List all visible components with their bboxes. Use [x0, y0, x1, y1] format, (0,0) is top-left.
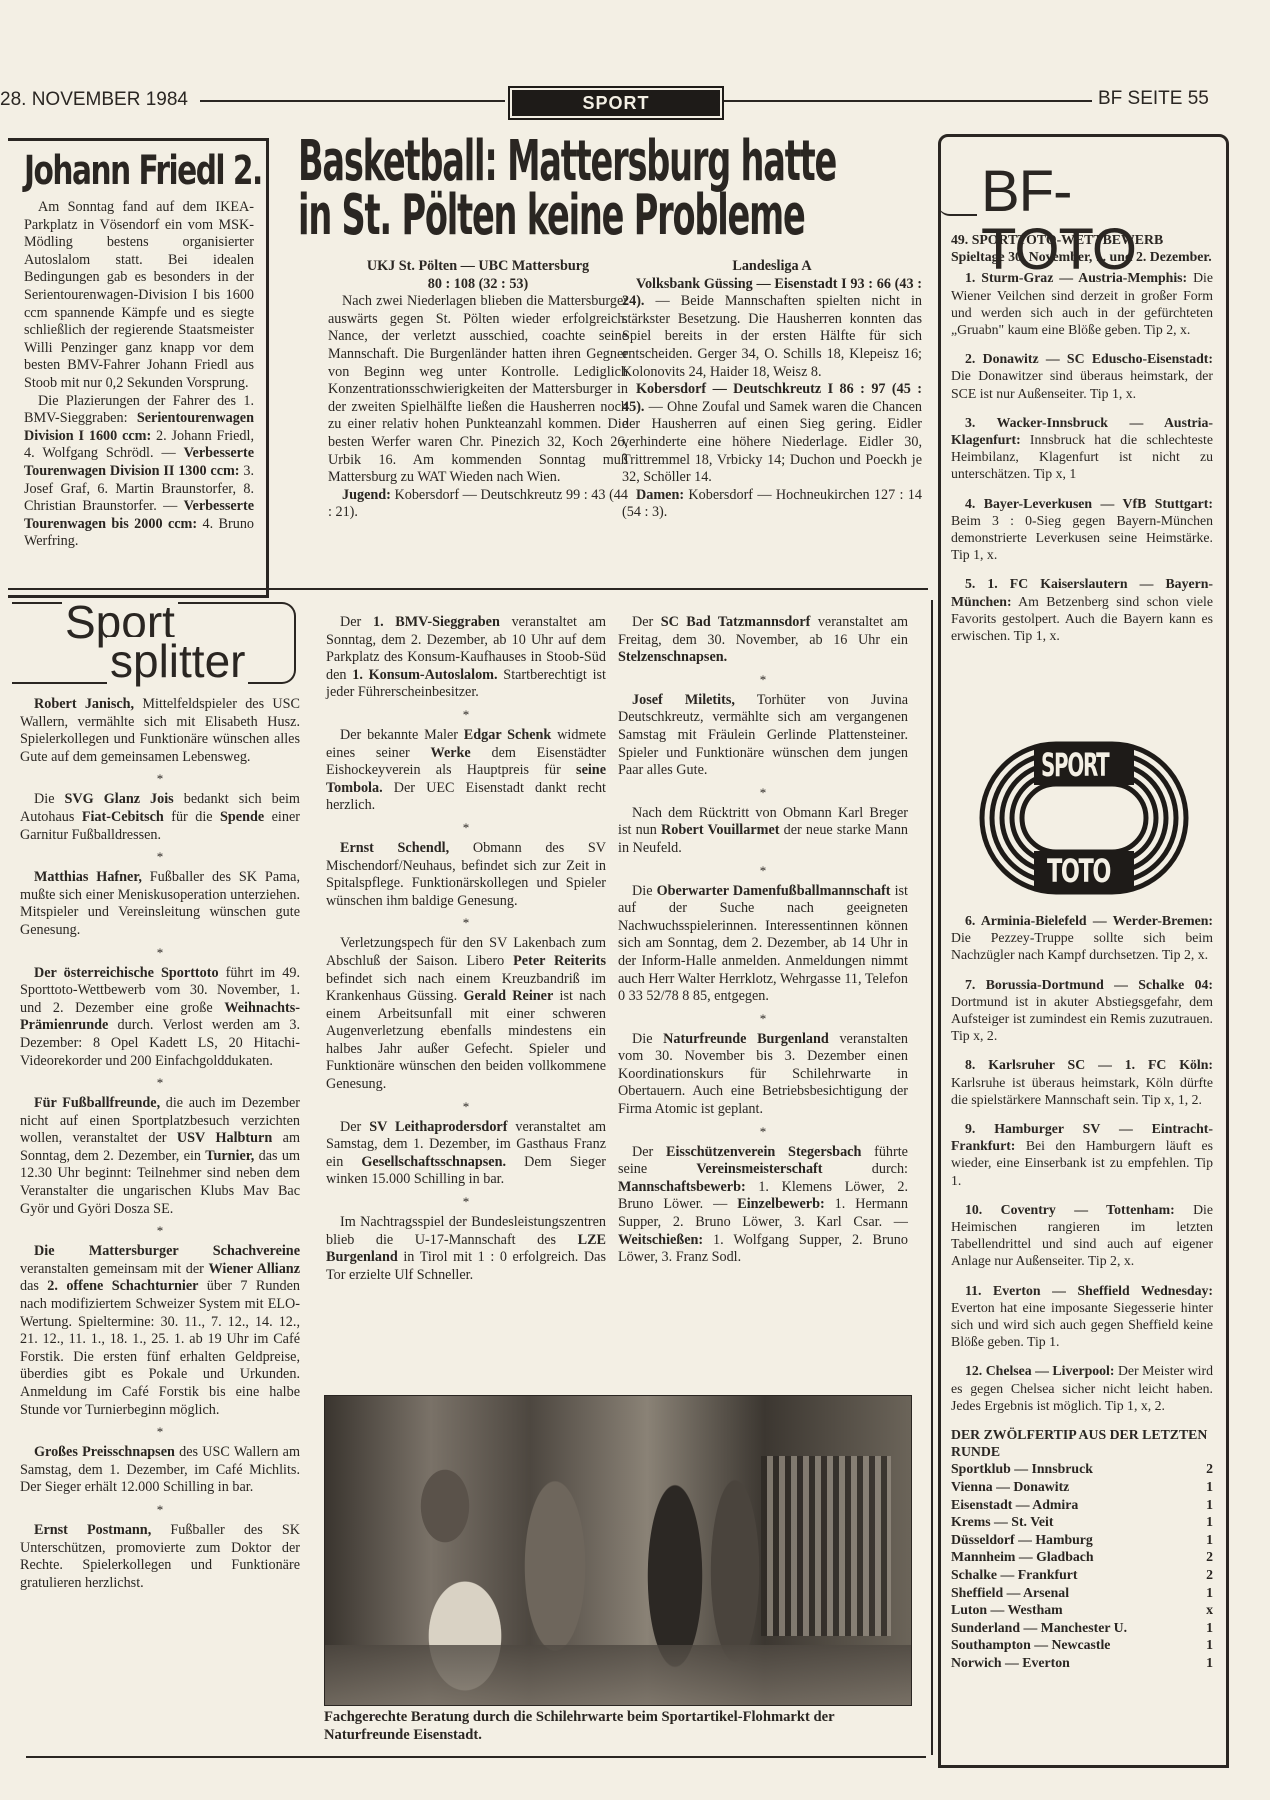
results-row: Sportklub — Innsbruck2 [951, 1460, 1213, 1478]
results-row: Düsseldorf — Hamburg1 [951, 1531, 1213, 1549]
photo-skis [761, 1456, 891, 1636]
toto-tip: 3. Wacker-Innsbruck — Austria-Klagenfurt… [951, 414, 1213, 483]
page-number: BF SEITE 55 [1098, 89, 1209, 109]
bold-text: SVG Glanz Jois [65, 791, 174, 807]
tip-match: 4. Bayer-Leverkusen — VfB Stuttgart: [965, 496, 1213, 511]
results-tip: 1 [1206, 1513, 1213, 1531]
header-rule-left [200, 100, 505, 102]
bold-text: SV Leithaprodersdorf [369, 1119, 507, 1135]
results-row: Norwich — Everton1 [951, 1654, 1213, 1672]
news-item: Der 1. BMV-Sieggraben veranstaltet am So… [326, 614, 606, 702]
bold-text: Der österreichische Sporttoto [34, 965, 219, 981]
bold-text: Mannschaftsbewerb: [618, 1179, 746, 1195]
section-badge: SPORT [508, 86, 724, 120]
toto-intro: 49. SPORTTOTO-WETTBEWERB Spieltage 30. N… [951, 231, 1213, 265]
bold-text: 1. BMV-Sieggraben [373, 614, 500, 630]
text: Der [340, 1119, 369, 1135]
tip-match: 11. Everton — Sheffield Wednesday: [965, 1283, 1213, 1298]
news-item: Ernst Schendl, Obmann des SV Mischendorf… [326, 840, 606, 910]
text: ist auf der Suche nach geeigneten Nachwu… [618, 883, 908, 1005]
logo-text-sport: SPORT [1041, 747, 1128, 783]
tip-text: Die Pezzey-Truppe sollte sich beim Nachz… [951, 930, 1213, 962]
splitter-col-3: Der SC Bad Tatzmannsdorf veranstaltet am… [618, 614, 908, 1267]
bold-text: Großes Preisschnapsen [34, 1444, 175, 1460]
tip-text: Karlsruhe ist überaus heimstark, Köln dü… [951, 1075, 1213, 1107]
toto-content: 49. SPORTTOTO-WETTBEWERB Spieltage 30. N… [951, 231, 1213, 644]
results-row: Krems — St. Veit1 [951, 1513, 1213, 1531]
toto-intro-title: 49. SPORTTOTO-WETTBEWERB [951, 231, 1213, 248]
header-rule-right [724, 100, 1092, 102]
tip-match: 12. Chelsea — Liverpool: [965, 1363, 1115, 1378]
bold-text: Peter Reiterits [513, 953, 606, 969]
separator-asterisk: * [20, 848, 300, 865]
bold-text: SC Bad Tatzmannsdorf [661, 614, 811, 630]
news-item: Die Naturfreunde Burgenland veranstalten… [618, 1031, 908, 1119]
results-tip: 2 [1206, 1566, 1213, 1584]
bold-text: Stelzenschnapsen. [618, 649, 727, 665]
results-tip: x [1206, 1601, 1213, 1619]
game-report-1: Volksbank Güssing — Eisenstadt I 93 : 66… [622, 276, 922, 382]
text: — Ohne Zoufal und Samek waren die Chance… [622, 399, 922, 485]
bold-text: Die Mattersburger Schachvereine [34, 1243, 300, 1259]
text: das [20, 1278, 47, 1294]
text: für die [164, 809, 220, 825]
separator-asterisk: * [618, 1010, 908, 1027]
toto-tips-second: 6. Arminia-Bielefeld — Werder-Bremen: Di… [951, 912, 1213, 1414]
results-match: Luton — Westham [951, 1601, 1063, 1619]
bold-text: Gerald Reiner [463, 988, 553, 1004]
friedl-paragraph-2: Die Plazierungen der Fahrer des 1. BMV-S… [24, 393, 254, 551]
news-item: Nach dem Rücktritt von Obmann Karl Brege… [618, 805, 908, 858]
results-row: Schalke — Frankfurt2 [951, 1566, 1213, 1584]
news-item: Im Nachtragsspiel der Bundesleistungszen… [326, 1214, 606, 1284]
toto-tips-first: 1. Sturm-Graz — Austria-Memphis: Die Wie… [951, 269, 1213, 644]
friedl-headline: Johann Friedl 2. [24, 149, 194, 193]
news-item: Ernst Postmann, Fußballer des SK Untersc… [20, 1522, 300, 1592]
results-match: Sportklub — Innsbruck [951, 1460, 1093, 1478]
bold-text: Ernst Schendl, [340, 840, 449, 856]
tip-match: 1. Sturm-Graz — Austria-Memphis: [965, 270, 1187, 285]
news-item: Der SV Leithaprodersdorf veranstaltet am… [326, 1119, 606, 1189]
separator-asterisk: * [326, 1193, 606, 1210]
toto-box: BF-TOTO 49. SPORTTOTO-WETTBEWERB Spielta… [938, 134, 1229, 1768]
news-item: Josef Miletits, Torhüter von Juvina Deut… [618, 692, 908, 780]
bottom-rule [26, 1756, 926, 1758]
results-tip: 1 [1206, 1584, 1213, 1602]
text: Der [340, 614, 373, 630]
text: Die [632, 883, 657, 899]
separator-asterisk: * [326, 819, 606, 836]
results-match: Eisenstadt — Admira [951, 1496, 1078, 1514]
bold-text: Turnier, [205, 1148, 254, 1164]
results-match: Vienna — Donawitz [951, 1478, 1069, 1496]
toto-tip: 7. Borussia-Dortmund — Schalke 04: Dortm… [951, 976, 1213, 1045]
news-item: Der Eisschützenverein Stegersbach führte… [618, 1144, 908, 1267]
bold-text: Einzelbewerb: [737, 1196, 824, 1212]
results-tip: 1 [1206, 1496, 1213, 1514]
match-report: Nach zwei Niederlagen blieben die Matter… [328, 293, 628, 487]
results-match: Schalke — Frankfurt [951, 1566, 1077, 1584]
headline-line-2: in St. Pölten keine Probleme [298, 186, 682, 246]
toto-tip: 11. Everton — Sheffield Wednesday: Evert… [951, 1282, 1213, 1351]
toto-intro-dates: Spieltage 30. November, 1. und 2. Dezemb… [951, 248, 1213, 265]
bold-text: 2. offene Schachturnier [47, 1278, 198, 1294]
results-match: Sheffield — Arsenal [951, 1584, 1069, 1602]
bold-text: Vereinsmeisterschaft [696, 1161, 822, 1177]
league-heading: Landesliga A [622, 258, 922, 276]
separator-asterisk: * [20, 944, 300, 961]
text: Der [632, 1144, 666, 1160]
bold-text: USV Halbturn [177, 1130, 272, 1146]
bold-text: Naturfreunde Burgenland [663, 1031, 829, 1047]
separator-asterisk: * [20, 1501, 300, 1518]
separator-asterisk: * [326, 1098, 606, 1115]
bold-text: Spende [220, 809, 264, 825]
text: Die [34, 791, 65, 807]
results-match: Düsseldorf — Hamburg [951, 1531, 1093, 1549]
bold-text: Josef Miletits, [632, 692, 735, 708]
tip-text: Dortmund ist in akuter Abstiegsgefahr, d… [951, 994, 1213, 1043]
separator-asterisk: * [20, 1423, 300, 1440]
bold-text: 1. Konsum-Autoslalom. [352, 667, 497, 683]
photo-caption: Fachgerechte Beratung durch die Schilehr… [324, 1708, 916, 1744]
toto-tip: 6. Arminia-Bielefeld — Werder-Bremen: Di… [951, 912, 1213, 964]
results-tip: 1 [1206, 1654, 1213, 1672]
tip-match: 6. Arminia-Bielefeld — Werder-Bremen: [965, 913, 1213, 928]
bold-text: Eisschützenverein Stegersbach [666, 1144, 861, 1160]
bold-text: Wiener Allianz [208, 1261, 300, 1277]
bold-text: Weitschießen: [618, 1232, 703, 1248]
splitter-col-1: Robert Janisch, Mittelfeldspieler des US… [20, 696, 300, 1592]
photo-floor [325, 1645, 911, 1705]
photo-flohmarkt [324, 1395, 912, 1706]
separator-asterisk: * [618, 862, 908, 879]
results-title: DER ZWÖLFERTIP AUS DER LETZTEN RUNDE [951, 1426, 1213, 1460]
news-item: Die Oberwarter Damenfußballmannschaft is… [618, 883, 908, 1006]
match-score: 80 : 108 (32 : 53) [428, 276, 528, 292]
toto-content-lower: 6. Arminia-Bielefeld — Werder-Bremen: Di… [951, 912, 1213, 1672]
toto-tip: 9. Hamburger SV — Eintracht-Frankfurt: B… [951, 1120, 1213, 1189]
toto-tip: 4. Bayer-Leverkusen — VfB Stuttgart: Bei… [951, 495, 1213, 564]
separator-asterisk: * [618, 671, 908, 688]
results-row: Sunderland — Manchester U.1 [951, 1619, 1213, 1637]
bold-text: Damen: [636, 487, 684, 503]
header-date: 28. NOVEMBER 1984 [0, 90, 188, 110]
news-item: Der SC Bad Tatzmannsdorf veranstaltet am… [618, 614, 908, 667]
results-row: Vienna — Donawitz1 [951, 1478, 1213, 1496]
basketball-col-1: UKJ St. Pölten — UBC Mattersburg80 : 108… [328, 258, 628, 522]
splitter-col-2: Der 1. BMV-Sieggraben veranstaltet am So… [326, 614, 606, 1284]
results-row: Eisenstadt — Admira1 [951, 1496, 1213, 1514]
match-heading: UKJ St. Pölten — UBC Mattersburg80 : 108… [328, 258, 628, 293]
splitter-title-2: splitter [107, 637, 248, 685]
text: Der [632, 614, 661, 630]
splitter-title-frame: Sport splitter [12, 602, 296, 684]
results-match: Southampton — Newcastle [951, 1636, 1110, 1654]
toto-tip: 5. 1. FC Kaiserslautern — Bayern-München… [951, 575, 1213, 644]
results-match: Sunderland — Manchester U. [951, 1619, 1127, 1637]
basketball-col-2: Landesliga A Volksbank Güssing — Eisenst… [622, 258, 922, 522]
text: veranstalten gemeinsam mit der [20, 1261, 208, 1277]
match-title: UKJ St. Pölten — UBC Mattersburg [367, 258, 589, 274]
separator-asterisk: * [20, 770, 300, 787]
results-tip: 1 [1206, 1636, 1213, 1654]
text: Der bekannte Maler [340, 727, 464, 743]
results-table: Sportklub — Innsbruck2Vienna — Donawitz1… [951, 1460, 1213, 1671]
news-item: Verletzungspech für den SV Lakenbach zum… [326, 935, 606, 1093]
results-tip: 2 [1206, 1460, 1213, 1478]
results-row: Sheffield — Arsenal1 [951, 1584, 1213, 1602]
toto-tip: 12. Chelsea — Liverpool: Der Meister wir… [951, 1362, 1213, 1414]
text: durch: [823, 1161, 909, 1177]
separator-asterisk: * [20, 1222, 300, 1239]
bold-text: Für Fußballfreunde, [34, 1095, 160, 1111]
results-match: Krems — St. Veit [951, 1513, 1053, 1531]
results-match: Norwich — Everton [951, 1654, 1070, 1672]
bold-text: Jugend: [342, 487, 391, 503]
text: über 7 Runden nach modifiziertem Schweiz… [20, 1278, 300, 1417]
bold-text: Gesellschaftsschnapsen. [361, 1154, 506, 1170]
results-tip: 1 [1206, 1531, 1213, 1549]
results-row: Southampton — Newcastle1 [951, 1636, 1213, 1654]
bold-text: Matthias Hafner, [34, 869, 142, 885]
tip-match: 10. Coventry — Tottenham: [965, 1202, 1175, 1217]
tip-text: Die Donawitzer sind überaus heimstark, d… [951, 368, 1213, 400]
bold-text: Werke [431, 745, 471, 761]
section-label: SPORT [510, 88, 722, 118]
results-row: Mannheim — Gladbach2 [951, 1548, 1213, 1566]
logo-text-toto: TOTO [1047, 853, 1145, 889]
friedl-article: Am Sonntag fand auf dem IKEA-Parkplatz i… [24, 199, 254, 551]
text: Die [632, 1031, 663, 1047]
bold-text: Ernst Postmann, [34, 1522, 151, 1538]
splitter-rule [8, 588, 928, 590]
news-item: Matthias Hafner, Fußballer des SK Pama, … [20, 869, 300, 939]
bold-text: Oberwarter Damenfußballmannschaft [657, 883, 891, 899]
results-match: Mannheim — Gladbach [951, 1548, 1094, 1566]
sport-toto-logo: SPORT TOTO [979, 741, 1189, 895]
separator-asterisk: * [20, 1074, 300, 1091]
tip-match: 7. Borussia-Dortmund — Schalke 04: [965, 977, 1213, 992]
news-item: Die SVG Glanz Jois bedankt sich beim Aut… [20, 791, 300, 844]
text: Im Nachtragsspiel der Bundesleistungszen… [326, 1214, 606, 1248]
tip-match: 8. Karlsruher SC — 1. FC Köln: [965, 1057, 1213, 1072]
basketball-headline: Basketball: Mattersburg hatte in St. Pöl… [298, 132, 938, 246]
friedl-paragraph-1: Am Sonntag fand auf dem IKEA-Parkplatz i… [24, 199, 254, 393]
news-item: Für Fußballfreunde, die auch im Dezember… [20, 1095, 300, 1218]
separator-asterisk: * [326, 914, 606, 931]
friedl-box: Johann Friedl 2. Am Sonntag fand auf dem… [8, 138, 269, 598]
toto-tip: 2. Donawitz — SC Eduscho-Eisenstadt: Die… [951, 350, 1213, 402]
bold-text: Edgar Schenk [464, 727, 552, 743]
news-item: Die Mattersburger Schachvereine veransta… [20, 1243, 300, 1419]
toto-tip: 1. Sturm-Graz — Austria-Memphis: Die Wie… [951, 269, 1213, 338]
column-divider-right [931, 600, 933, 1755]
results-tip: 1 [1206, 1619, 1213, 1637]
news-item: Robert Janisch, Mittelfeldspieler des US… [20, 696, 300, 766]
youth-result: Jugend: Kobersdorf — Deutschkreutz 99 : … [328, 487, 628, 522]
women-result: Damen: Kobersdorf — Hochneukirchen 127 :… [622, 487, 922, 522]
separator-asterisk: * [618, 784, 908, 801]
news-item: Der österreichische Sporttoto führt im 4… [20, 965, 300, 1071]
tip-text: Beim 3 : 0-Sieg gegen Bayern-München dem… [951, 513, 1213, 562]
separator-asterisk: * [618, 1123, 908, 1140]
tip-text: Everton hat eine imposante Siegesserie h… [951, 1300, 1213, 1349]
news-item: Großes Preisschnapsen des USC Wallern am… [20, 1444, 300, 1497]
results-tip: 2 [1206, 1548, 1213, 1566]
separator-asterisk: * [326, 706, 606, 723]
bold-text: Fiat-Cebitsch [82, 809, 164, 825]
game-report-2: Kobersdorf — Deutschkreutz I 86 : 97 (45… [622, 381, 922, 487]
results-tip: 1 [1206, 1478, 1213, 1496]
text: — Beide Mannschaften spielten nicht in s… [622, 293, 922, 379]
toto-tip: 8. Karlsruher SC — 1. FC Köln: Karlsruhe… [951, 1056, 1213, 1108]
bold-text: Robert Janisch, [34, 696, 134, 712]
bold-text: Robert Vouillarmet [661, 822, 779, 838]
toto-tip: 10. Coventry — Tottenham: Die Heimischen… [951, 1201, 1213, 1270]
news-item: Der bekannte Maler Edgar Schenk widmete … [326, 727, 606, 815]
results-row: Luton — Westhamx [951, 1601, 1213, 1619]
league-title: Landesliga A [732, 258, 811, 274]
tip-match: 2. Donawitz — SC Eduscho-Eisenstadt: [965, 351, 1213, 366]
